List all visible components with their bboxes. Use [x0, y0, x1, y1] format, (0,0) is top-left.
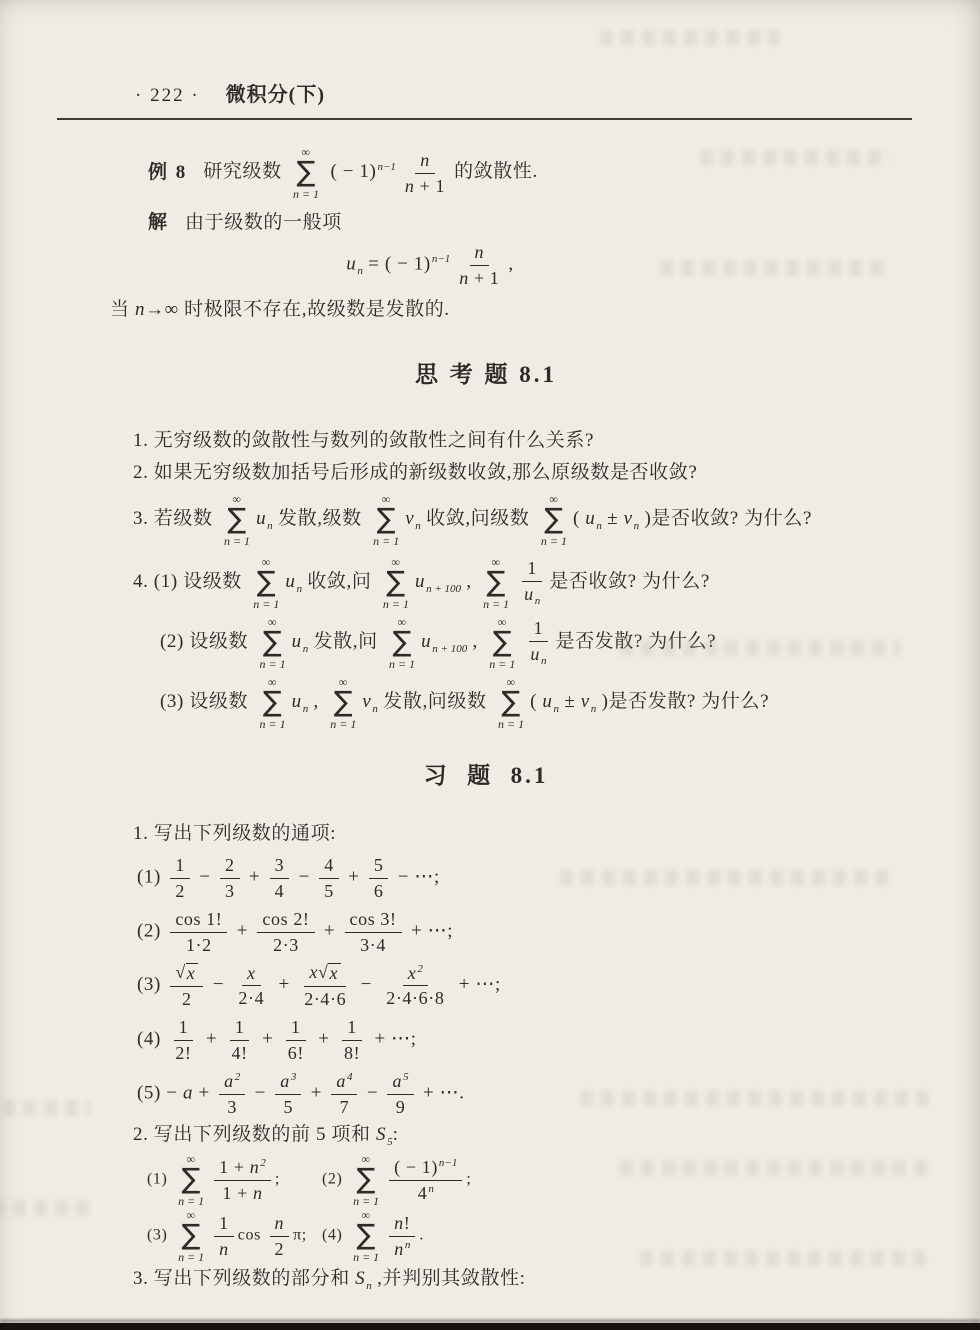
- thinking-questions-section: 思 考 题 8.1 1. 无穷级数的敛散性与数列的敛散性之间有什么关系? 2. …: [100, 356, 890, 733]
- exercise-1-item-1: (1) 12 − 23 + 34 − 45 + 56 − ⋯;: [137, 854, 890, 902]
- example-prompt-math: 研究级数 ∞∑n = 1 ( − 1)n−1nn + 1的敛散性.: [203, 146, 538, 200]
- series-expression: (1) ∞∑n = 11 + n21 + n;: [147, 1153, 280, 1207]
- series-expression: (3) ∞∑n = 11ncos n2π;: [147, 1209, 307, 1263]
- question-text: (3) 设级数 ∞∑n = 1un , ∞∑n = 1vn 发散,问级数 ∞∑n…: [160, 676, 769, 730]
- series-expression: (1) 12 − 23 + 34 − 45 + 56 − ⋯;: [137, 855, 440, 901]
- solution-intro: 由于级数的一般项: [185, 211, 342, 236]
- question-text: 1. 无穷级数的敛散性与数列的敛散性之间有什么关系?: [133, 429, 594, 454]
- exercise-2-row-2: (3) ∞∑n = 11ncos n2π; (4) ∞∑n = 1n!nn.: [100, 1208, 890, 1264]
- exercise-2-item-3: (3) ∞∑n = 11ncos n2π;: [147, 1209, 322, 1263]
- header-rule: [57, 118, 912, 120]
- thinking-question-1: 1. 无穷级数的敛散性与数列的敛散性之间有什么关系?: [133, 427, 890, 455]
- series-expression: (5) − a + a23 − a35 + a47 − a59 + ⋯.: [137, 1071, 465, 1117]
- exercise-2-item-2: (2) ∞∑n = 1( − 1)n−14n;: [322, 1153, 471, 1207]
- exercises-section: 习 题 8.1 1. 写出下列级数的通项: (1) 12 − 23 + 34 −…: [100, 757, 890, 1294]
- problem-text: 1. 写出下列级数的通项:: [133, 822, 336, 847]
- solution-label: 解: [148, 211, 169, 236]
- textbook-page: · 222 · 微积分(下) 例 8 研究级数 ∞∑n = 1 ( − 1)n−…: [0, 0, 980, 1330]
- exercise-1-item-4: (4) 12! + 14! + 16! + 18! + ⋯;: [137, 1016, 890, 1064]
- page-number: · 222 ·: [135, 85, 200, 107]
- solution-line: 解 由于级数的一般项: [148, 209, 890, 237]
- conclusion-math: 当 n→∞ 时极限不存在,故级数是发散的.: [110, 298, 450, 323]
- exercise-1-item-2: (2) cos 1!1·2 + cos 2!2·3 + cos 3!3·4 + …: [137, 908, 890, 956]
- example-label: 例 8: [148, 161, 187, 186]
- bleedthrough-artifact: [600, 30, 780, 46]
- example-8-section: 例 8 研究级数 ∞∑n = 1 ( − 1)n−1nn + 1的敛散性. 解 …: [100, 141, 890, 324]
- series-expression: (3) √x2 − x2·4 + x√x2·4·6 − x22·4·6·8 + …: [137, 962, 501, 1009]
- thinking-question-2: 2. 如果无穷级数加括号后形成的新级数收敛,那么原级数是否收敛?: [133, 459, 890, 487]
- exercise-2-item-1: (1) ∞∑n = 11 + n21 + n;: [147, 1153, 322, 1207]
- series-expression: (4) ∞∑n = 1n!nn.: [322, 1209, 424, 1263]
- conclusion-line: 当 n→∞ 时极限不存在,故级数是发散的.: [110, 296, 890, 324]
- equation-math: un = ( − 1)n−1nn + 1,: [346, 242, 514, 288]
- thinking-questions-title: 思 考 题 8.1: [100, 356, 872, 389]
- thinking-question-4-1: 4. (1) 设级数 ∞∑n = 1un 收敛,问 ∞∑n = 1un + 10…: [133, 553, 890, 613]
- exercise-2-intro: 2. 写出下列级数的前 5 项和 S5:: [133, 1122, 890, 1150]
- problem-text: 3. 写出下列级数的部分和 Sn ,并判别其敛散性:: [133, 1267, 526, 1293]
- page-header: · 222 · 微积分(下): [135, 78, 890, 107]
- book-title: 微积分(下): [226, 78, 325, 107]
- exercise-2-row-1: (1) ∞∑n = 11 + n21 + n; (2) ∞∑n = 1( − 1…: [100, 1152, 890, 1208]
- thinking-question-4-2: (2) 设级数 ∞∑n = 1un 发散,问 ∞∑n = 1un + 100 ,…: [160, 613, 890, 673]
- question-text: (2) 设级数 ∞∑n = 1un 发散,问 ∞∑n = 1un + 100 ,…: [160, 616, 716, 670]
- question-text: 4. (1) 设级数 ∞∑n = 1un 收敛,问 ∞∑n = 1un + 10…: [133, 556, 710, 610]
- problem-text: 2. 写出下列级数的前 5 项和 S5:: [133, 1123, 398, 1149]
- question-text: 2. 如果无穷级数加括号后形成的新级数收敛,那么原级数是否收敛?: [133, 461, 697, 486]
- exercise-2-item-4: (4) ∞∑n = 1n!nn.: [322, 1209, 424, 1263]
- general-term-equation: un = ( − 1)n−1nn + 1,: [100, 237, 760, 293]
- exercise-1-item-3: (3) √x2 − x2·4 + x√x2·4·6 − x22·4·6·8 + …: [137, 962, 890, 1010]
- thinking-question-4-3: (3) 设级数 ∞∑n = 1un , ∞∑n = 1vn 发散,问级数 ∞∑n…: [160, 673, 890, 733]
- series-expression: (4) 12! + 14! + 16! + 18! + ⋯;: [137, 1017, 417, 1063]
- exercises-title: 习 题 8.1: [100, 757, 872, 790]
- example-prompt-line: 例 8 研究级数 ∞∑n = 1 ( − 1)n−1nn + 1的敛散性.: [148, 141, 890, 205]
- bleedthrough-artifact: [0, 1100, 90, 1116]
- scan-bottom-edge: [0, 1323, 980, 1330]
- series-expression: (2) ∞∑n = 1( − 1)n−14n;: [322, 1153, 471, 1207]
- exercise-3-intro: 3. 写出下列级数的部分和 Sn ,并判别其敛散性:: [133, 1266, 890, 1294]
- exercise-1-intro: 1. 写出下列级数的通项:: [133, 820, 890, 848]
- question-text: 3. 若级数 ∞∑n = 1un 发散,级数 ∞∑n = 1vn 收敛,问级数 …: [133, 493, 812, 547]
- series-expression: (2) cos 1!1·2 + cos 2!2·3 + cos 3!3·4 + …: [137, 909, 453, 955]
- thinking-question-3: 3. 若级数 ∞∑n = 1un 发散,级数 ∞∑n = 1vn 收敛,问级数 …: [133, 492, 890, 548]
- bleedthrough-artifact: [0, 1200, 90, 1216]
- exercise-1-item-5: (5) − a + a23 − a35 + a47 − a59 + ⋯.: [137, 1070, 890, 1118]
